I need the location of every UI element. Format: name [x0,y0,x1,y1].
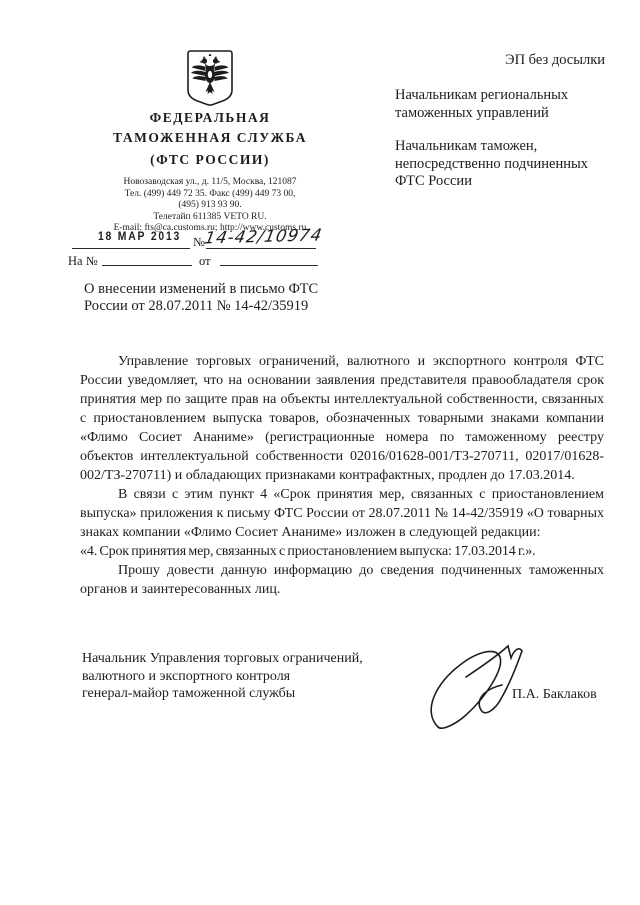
signer-name: П.А. Баклаков [512,687,597,703]
incoming-date-line [220,265,318,266]
incoming-date-label: от [199,254,211,269]
org-contact-block: Новозаводская ул., д. 11/5, Москва, 1210… [40,177,380,235]
org-name-line2: ТАМОЖЕННАЯ СЛУЖБА [40,130,380,146]
delivery-note: ЭП без досылки [505,52,605,69]
signer-position-line3: генерал-майор таможенной службы [82,685,363,703]
letterhead: ФЕДЕРАЛЬНАЯ ТАМОЖЕННАЯ СЛУЖБА (ФТС РОССИ… [40,50,380,235]
date-line [72,248,190,249]
recipient-block-customs: Начальникам таможен, непосредственно под… [395,138,605,191]
org-name-line1: ФЕДЕРАЛЬНАЯ [40,110,380,126]
body-paragraph-4: Прошу довести данную информацию до сведе… [80,561,604,599]
incoming-number-label: На № [68,254,98,269]
double-headed-eagle-emblem-icon [40,50,380,106]
document-page: ЭП без досылки Начальникам региональных … [0,0,640,905]
outgoing-number-handwritten: 14-42/10974 [203,226,319,248]
letter-body: Управление торговых ограничений, валютно… [80,352,604,599]
org-phone: Тел. (499) 449 72 35. Факс (499) 449 73 … [40,189,380,201]
org-phone-2: (495) 913 93 90. [40,200,380,212]
body-paragraph-1: Управление торговых ограничений, валютно… [80,352,604,485]
signer-position-line1: Начальник Управления торговых ограничени… [82,650,363,668]
letter-subject: О внесении изменений в письмо ФТС России… [84,281,336,314]
signer-position-line2: валютного и экспортного контроля [82,668,363,686]
incoming-number-line [102,265,192,266]
date-stamp: 18 МАР 2013 [98,231,181,243]
org-address: Новозаводская ул., д. 11/5, Москва, 1210… [40,177,380,189]
body-paragraph-3: «4. Срок принятия мер, связанных с приос… [80,542,604,561]
org-short-name: (ФТС РОССИИ) [40,152,380,168]
signer-position-block: Начальник Управления торговых ограничени… [82,650,363,703]
recipient-block-regional: Начальникам региональных таможенных упра… [395,87,580,122]
body-paragraph-2: В связи с этим пункт 4 «Срок принятия ме… [80,485,604,542]
number-line [206,248,316,249]
org-teletype: Телетайп 611385 VETO RU. [40,212,380,224]
